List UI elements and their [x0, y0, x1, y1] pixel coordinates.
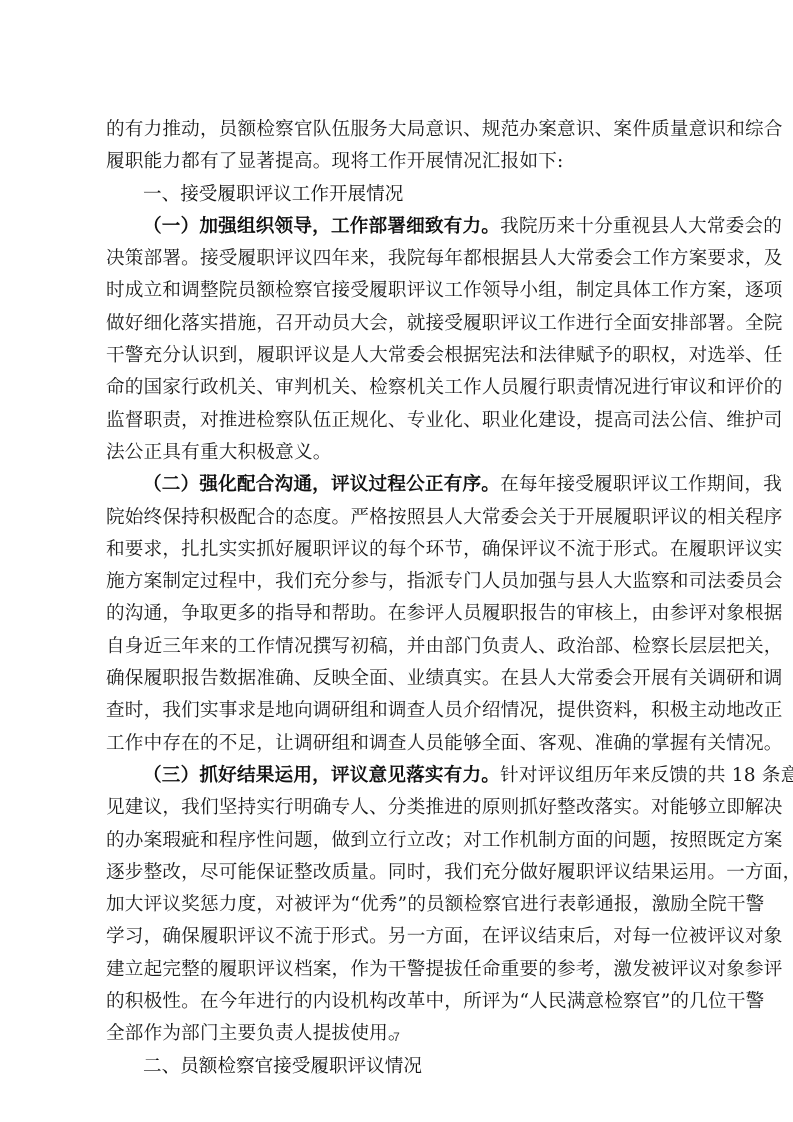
paragraph-line: 工作中存在的不足，让调研组和调查人员能够全面、客观、准确的掌握有关情况。: [106, 728, 689, 760]
paragraph-line: 施方案制定过程中，我们充分参与，指派专门人员加强与县人大监察和司法委员会: [106, 566, 689, 598]
subsection-1-lead: 我院历来十分重视县人大常委会的: [500, 216, 782, 237]
subsection-1-title: （一）加强组织领导，工作部署细致有力。: [143, 216, 500, 237]
paragraph-line: 自身近三年来的工作情况撰写初稿，并由部门负责人、政治部、检察长层层把关，: [106, 631, 689, 663]
document-body: 的有力推动，员额检察官队伍服务大局意识、规范办案意识、案件质量意识和综合 履职能…: [106, 114, 689, 1083]
paragraph-line: 监督职责，对推进检察队伍正规化、专业化、职业化建设，提高司法公信、维护司: [106, 405, 689, 437]
document-page: 的有力推动，员额检察官队伍服务大局意识、规范办案意识、案件质量意识和综合 履职能…: [0, 0, 793, 1122]
paragraph-line: 的办案瑕疵和程序性问题，做到立行立改；对工作机制方面的问题，按照既定方案: [106, 825, 689, 857]
paragraph-line: 逐步整改，尽可能保证整改质量。同时，我们充分做好履职评议结果运用。一方面，: [106, 857, 689, 889]
paragraph-line: 决策部署。接受履职评议四年来，我院每年都根据县人大常委会工作方案要求，及: [106, 243, 689, 275]
page-number: 7: [0, 1030, 793, 1044]
paragraph-line: 见建议，我们坚持实行明确专人、分类推进的原则抓好整改落实。对能够立即解决: [106, 792, 689, 824]
paragraph-line: 的积极性。在今年进行的内设机构改革中，所评为“人民满意检察官”的几位干警: [106, 986, 689, 1018]
subsection-2-title: （二）强化配合沟通，评议过程公正有序。: [143, 474, 500, 495]
paragraph-line: 学习，确保履职评议不流于形式。另一方面，在评议结束后，对每一位被评议对象: [106, 921, 689, 953]
subsection-3-first-line: （三）抓好结果运用，评议意见落实有力。针对评议组历年来反馈的共 18 条意: [106, 760, 689, 792]
paragraph-line: 院始终保持积极配合的态度。严格按照县人大常委会关于开展履职评议的相关程序: [106, 502, 689, 534]
paragraph-line: 的有力推动，员额检察官队伍服务大局意识、规范办案意识、案件质量意识和综合: [106, 114, 689, 146]
paragraph-line: 和要求，扎扎实实抓好履职评议的每个环节，确保评议不流于形式。在履职评议实: [106, 534, 689, 566]
paragraph-line: 干警充分认识到，履职评议是人大常委会根据宪法和法律赋予的职权，对选举、任: [106, 340, 689, 372]
paragraph-line: 的沟通，争取更多的指导和帮助。在参评人员履职报告的审核上，由参评对象根据: [106, 598, 689, 630]
subsection-1-first-line: （一）加强组织领导，工作部署细致有力。我院历来十分重视县人大常委会的: [106, 211, 689, 243]
subsection-3-lead: 针对评议组历年来反馈的共 18 条意: [500, 765, 793, 786]
subsection-3-title: （三）抓好结果运用，评议意见落实有力。: [143, 765, 500, 786]
subsection-2-first-line: （二）强化配合沟通，评议过程公正有序。在每年接受履职评议工作期间，我: [106, 469, 689, 501]
paragraph-line: 建立起完整的履职评议档案，作为干警提拔任命重要的参考，激发被评议对象参评: [106, 954, 689, 986]
paragraph-line: 查时，我们实事求是地向调研组和调查人员介绍情况，提供资料，积极主动地改正: [106, 695, 689, 727]
paragraph-line: 确保履职报告数据准确、反映全面、业绩真实。在县人大常委会开展有关调研和调: [106, 663, 689, 695]
paragraph-line: 命的国家行政机关、审判机关、检察机关工作人员履行职责情况进行审议和评价的: [106, 372, 689, 404]
paragraph-line: 履职能力都有了显著提高。现将工作开展情况汇报如下:: [106, 146, 689, 178]
paragraph-line: 时成立和调整院员额检察官接受履职评议工作领导小组，制定具体工作方案，逐项: [106, 275, 689, 307]
section-heading-1: 一、接受履职评议工作开展情况: [106, 179, 689, 211]
paragraph-line: 加大评议奖惩力度，对被评为“优秀”的员额检察官进行表彰通报，激励全院干警: [106, 889, 689, 921]
subsection-2-lead: 在每年接受履职评议工作期间，我: [500, 474, 782, 495]
section-heading-2: 二、员额检察官接受履职评议情况: [106, 1051, 689, 1083]
paragraph-line: 做好细化落实措施，召开动员大会，就接受履职评议工作进行全面安排部署。全院: [106, 308, 689, 340]
paragraph-line: 法公正具有重大积极意义。: [106, 437, 689, 469]
